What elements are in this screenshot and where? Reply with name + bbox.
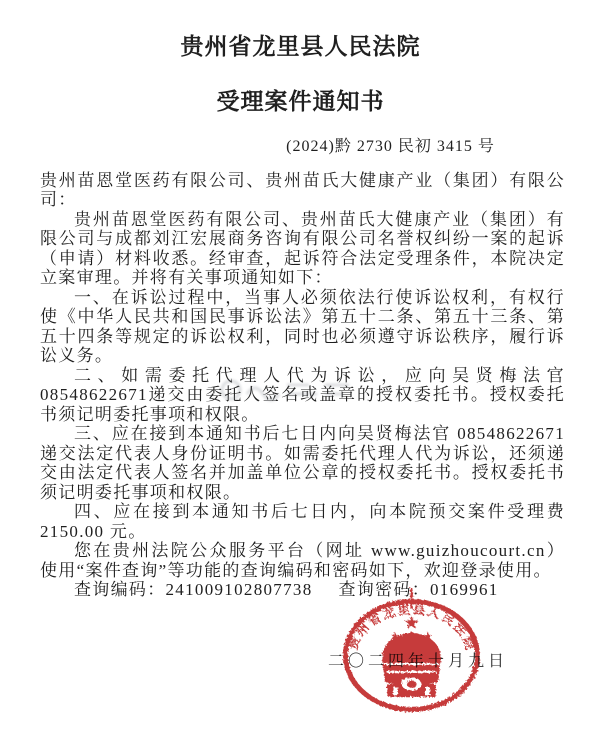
query-password-label: 查询密码：	[339, 580, 431, 599]
query-password-value: 0169961	[430, 580, 499, 599]
court-name: 贵州省龙里县人民法院	[0, 34, 601, 60]
issue-date: 二〇二四年十月九日	[328, 648, 508, 671]
notice-item-1: 一、在诉讼过程中，当事人必须依法行使诉讼权利，有权行使《中华人民共和国民事诉讼法…	[40, 288, 565, 366]
svg-text:贵州省龙里县人民法院: 贵州省龙里县人民法院	[345, 602, 479, 653]
notice-item-3: 三、应在接到本通知书后七日内向吴贤梅法官 08548622671 递交法定代表人…	[40, 424, 565, 502]
query-line: 查询编码：241009102807738查询密码：0169961	[40, 580, 565, 600]
query-code-label: 查询编码：	[74, 580, 166, 599]
document-title: 受理案件通知书	[0, 89, 601, 115]
notice-document: 贵州省龙里县人民法院 受理案件通知书 (2024)黔 2730 民初 3415 …	[0, 0, 601, 747]
case-number: (2024)黔 2730 民初 3415 号	[0, 133, 601, 156]
intro-paragraph: 贵州苗恩堂医药有限公司、贵州苗氏大健康产业（集团）有限公司与成都刘江宏展商务咨询…	[40, 210, 565, 288]
addressee: 贵州苗恩堂医药有限公司、贵州苗氏大健康产业（集团）有限公司：	[40, 171, 565, 210]
document-body: 贵州苗恩堂医药有限公司、贵州苗氏大健康产业（集团）有限公司： 贵州苗恩堂医药有限…	[40, 171, 565, 600]
seal-arc-text: 贵州省龙里县人民法院	[345, 602, 479, 653]
query-code-value: 241009102807738	[166, 580, 313, 599]
notice-item-2: 二、如需委托代理人代为诉讼，应向吴贤梅法官08548622671递交由委托人签名…	[40, 366, 565, 425]
notice-item-4: 四、应在接到本通知书后七日内，向本院预交案件受理费 2150.00 元。	[40, 502, 565, 541]
platform-notice: 您在贵州法院公众服务平台（网址 www.guizhoucourt.cn）使用“案…	[40, 541, 565, 580]
